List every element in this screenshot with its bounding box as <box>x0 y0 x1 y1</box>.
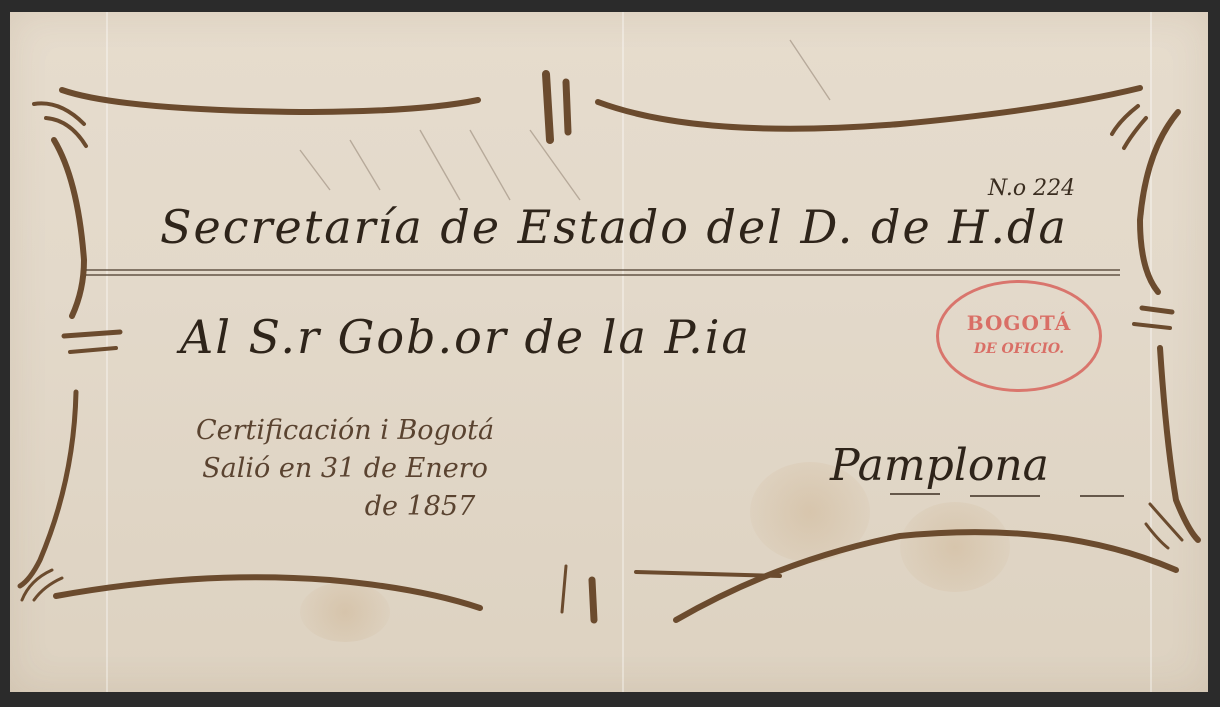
note-line: Salió en 31 de Enero <box>196 450 494 488</box>
note-line: Certificación i Bogotá <box>196 412 494 450</box>
postmark-city: BOGOTÁ <box>939 311 1099 335</box>
note-line: de 1857 <box>196 488 494 526</box>
postmark-office: DE OFICIO. <box>939 341 1099 357</box>
destination-city: Pamplona <box>830 440 1049 491</box>
addressee-line: Al S.r Gob.or de la P.ia <box>180 310 751 364</box>
letter-number: N.o 224 <box>988 176 1075 201</box>
certification-note: Certificación i Bogotá Salió en 31 de En… <box>196 412 494 526</box>
sender-heading: Secretaría de Estado del D. de H.da <box>160 200 1068 254</box>
postmark-stamp: BOGOTÁ DE OFICIO. <box>936 280 1102 392</box>
